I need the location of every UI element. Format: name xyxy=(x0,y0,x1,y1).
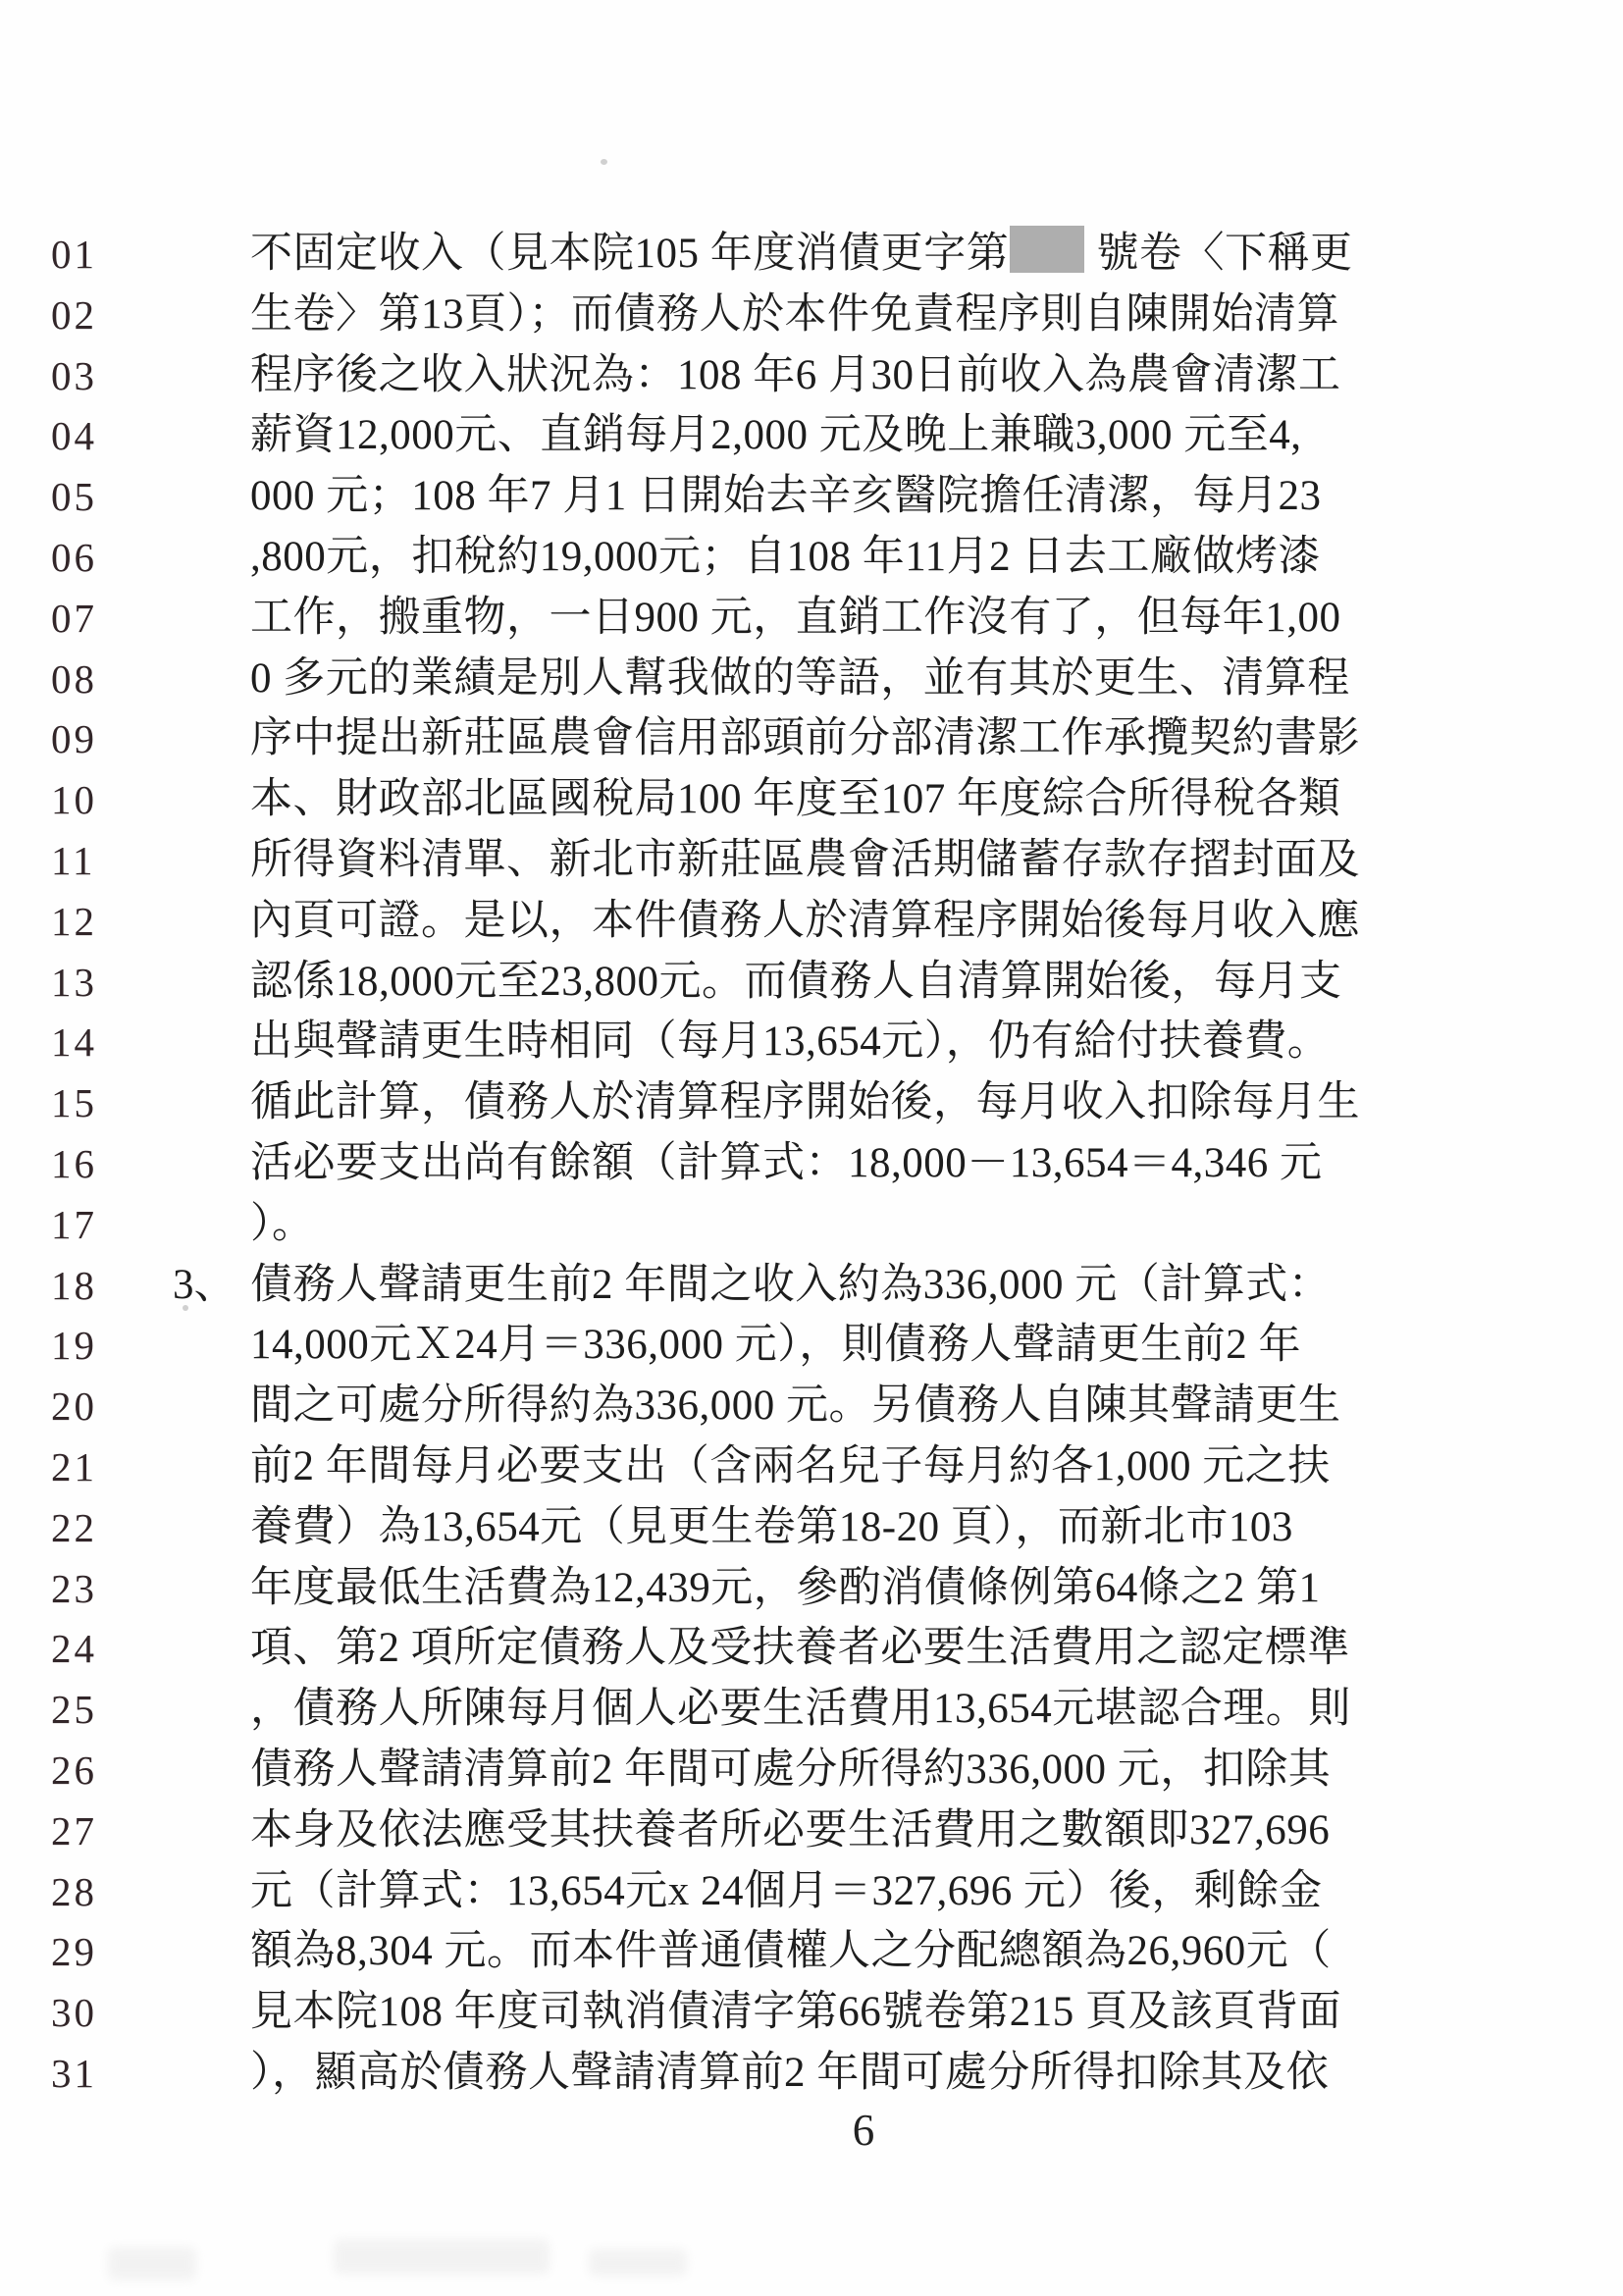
line-text: 前2 年間每月必要支出（含兩名兒子每月約各1,000 元之扶 xyxy=(250,1436,1331,1497)
redaction-box xyxy=(1010,226,1084,273)
line-number: 27 xyxy=(51,1800,97,1861)
text-line: 27 本身及依法應受其扶養者所必要生活費用之數額即327,696 xyxy=(0,1800,1623,1861)
line-text: 間之可處分所得約為336,000 元。另債務人自陳其聲請更生 xyxy=(250,1376,1341,1436)
text-line: 02 生卷〉第13頁）；而債務人於本件免責程序則自陳開始清算 xyxy=(0,285,1623,345)
text-line: 23 年度最低生活費為12,439元，參酌消債條例第64條之2 第1 xyxy=(0,1558,1623,1619)
line-text: ，債務人所陳每月個人必要生活費用13,654元堪認合理。則 xyxy=(250,1679,1351,1740)
line-text: 序中提出新莊區農會信用部頭前分部清潔工作承攬契約書影 xyxy=(250,708,1360,769)
line-text: 所得資料清單、新北市新莊區農會活期儲蓄存款存摺封面及 xyxy=(250,830,1360,891)
line-text: 項、第2 項所定債務人及受扶養者必要生活費用之認定標準 xyxy=(250,1618,1350,1679)
line-number: 20 xyxy=(51,1376,97,1436)
line-number: 03 xyxy=(51,345,97,406)
text-line: 22 養費）為13,654元（見更生卷第18-20 頁），而新北市103 xyxy=(0,1497,1623,1558)
line-text: 內頁可證。是以，本件債務人於清算程序開始後每月收入應 xyxy=(250,891,1360,952)
line-text: ），顯高於債務人聲請清算前2 年間可處分所得扣除其及依 xyxy=(250,2043,1329,2104)
text-line: 15 循此計算，債務人於清算程序開始後，每月收入扣除每月生 xyxy=(0,1072,1623,1133)
text-line: 09 序中提出新莊區農會信用部頭前分部清潔工作承攬契約書影 xyxy=(0,708,1623,769)
line-number: 02 xyxy=(51,285,97,345)
line-number: 24 xyxy=(51,1618,97,1679)
line-text: 薪資12,000元、直銷每月2,000 元及晚上兼職3,000 元至4, xyxy=(250,405,1302,466)
line-number: 19 xyxy=(51,1315,97,1376)
line-text: 不固定收入（見本院105 年度消債更字第 號卷〈下稱更 xyxy=(250,224,1353,285)
line-number: 14 xyxy=(51,1012,97,1072)
text-line: 16 活必要支出尚有餘額（計算式：18,000－13,654＝4,346 元 xyxy=(0,1133,1623,1194)
line-text: 活必要支出尚有餘額（計算式：18,000－13,654＝4,346 元 xyxy=(250,1133,1323,1194)
line-text: 本身及依法應受其扶養者所必要生活費用之數額即327,696 xyxy=(250,1800,1330,1861)
line-text: 元（計算式：13,654元x 24個月＝327,696 元）後，剩餘金 xyxy=(250,1861,1323,1922)
line-number: 18 xyxy=(51,1255,97,1316)
text-line: 18 3、 債務人聲請更生前2 年間之收入約為336,000 元（計算式： xyxy=(0,1255,1623,1316)
line-number: 17 xyxy=(51,1194,97,1255)
line-number: 11 xyxy=(51,830,95,891)
line-text: 工作，搬重物，一日900 元，直銷工作沒有了，但每年1,00 xyxy=(250,588,1341,649)
line-number: 26 xyxy=(51,1740,97,1800)
line-text-after-redaction: 號卷〈下稱更 xyxy=(1085,231,1352,277)
scan-speck xyxy=(601,159,607,165)
line-number: 23 xyxy=(51,1558,97,1619)
text-line: 19 14,000元Ｘ24月＝336,000 元），則債務人聲請更生前2 年 xyxy=(0,1315,1623,1376)
line-number: 01 xyxy=(51,224,97,285)
text-line: 05 000 元；108 年7 月1 日開始去辛亥醫院擔任清潔，每月23 xyxy=(0,466,1623,527)
line-text: 見本院108 年度司執消債清字第66號卷第215 頁及該頁背面 xyxy=(250,1982,1341,2043)
text-line: 25 ，債務人所陳每月個人必要生活費用13,654元堪認合理。則 xyxy=(0,1679,1623,1740)
line-text: 生卷〉第13頁）；而債務人於本件免責程序則自陳開始清算 xyxy=(250,285,1339,345)
scan-artifact xyxy=(589,2249,687,2276)
text-line: 04 薪資12,000元、直銷每月2,000 元及晚上兼職3,000 元至4, xyxy=(0,405,1623,466)
text-line: 28 元（計算式：13,654元x 24個月＝327,696 元）後，剩餘金 xyxy=(0,1861,1623,1922)
text-line: 01 不固定收入（見本院105 年度消債更字第 號卷〈下稱更 xyxy=(0,224,1623,285)
text-line: 24 項、第2 項所定債務人及受扶養者必要生活費用之認定標準 xyxy=(0,1618,1623,1679)
line-number: 04 xyxy=(51,405,97,466)
line-number: 29 xyxy=(51,1921,97,1982)
text-line: 11 所得資料清單、新北市新莊區農會活期儲蓄存款存摺封面及 xyxy=(0,830,1623,891)
text-line: 03 程序後之收入狀況為：108 年6 月30日前收入為農會清潔工 xyxy=(0,345,1623,406)
line-text: 出與聲請更生時相同（每月13,654元），仍有給付扶養費。 xyxy=(250,1012,1330,1072)
line-text-before-redaction: 不固定收入（見本院105 年度消債更字第 xyxy=(250,231,1009,277)
page-number: 6 xyxy=(824,2100,903,2161)
text-line: 13 認係18,000元至23,800元。而債務人自清算開始後，每月支 xyxy=(0,952,1623,1013)
line-number: 21 xyxy=(51,1436,97,1497)
line-number: 07 xyxy=(51,588,97,649)
line-number: 31 xyxy=(51,2043,97,2104)
text-line: 31 ），顯高於債務人聲請清算前2 年間可處分所得扣除其及依 xyxy=(0,2043,1623,2104)
scanned-court-document-page: 01 不固定收入（見本院105 年度消債更字第 號卷〈下稱更 02 生卷〉第13… xyxy=(0,0,1623,2296)
line-text: ,800元，扣稅約19,000元；自108 年11月2 日去工廠做烤漆 xyxy=(250,527,1321,588)
scan-speck xyxy=(183,1305,188,1311)
text-line: 08 0 多元的業績是別人幫我做的等語，並有其於更生、清算程 xyxy=(0,649,1623,709)
line-number: 10 xyxy=(51,769,97,830)
line-text: 認係18,000元至23,800元。而債務人自清算開始後，每月支 xyxy=(250,952,1342,1013)
line-number: 28 xyxy=(51,1861,97,1922)
line-number: 30 xyxy=(51,1982,97,2043)
line-text: 債務人聲請更生前2 年間之收入約為336,000 元（計算式： xyxy=(250,1255,1331,1316)
text-line: 30 見本院108 年度司執消債清字第66號卷第215 頁及該頁背面 xyxy=(0,1982,1623,2043)
line-text: 程序後之收入狀況為：108 年6 月30日前收入為農會清潔工 xyxy=(250,345,1341,406)
line-number: 13 xyxy=(51,952,97,1013)
line-text: 14,000元Ｘ24月＝336,000 元），則債務人聲請更生前2 年 xyxy=(250,1315,1301,1376)
text-line: 06 ,800元，扣稅約19,000元；自108 年11月2 日去工廠做烤漆 xyxy=(0,527,1623,588)
line-number: 22 xyxy=(51,1497,97,1558)
line-text: 000 元；108 年7 月1 日開始去辛亥醫院擔任清潔，每月23 xyxy=(250,466,1322,527)
line-text: ）。 xyxy=(250,1194,315,1255)
line-text: 年度最低生活費為12,439元，參酌消債條例第64條之2 第1 xyxy=(250,1558,1321,1619)
text-line: 14 出與聲請更生時相同（每月13,654元），仍有給付扶養費。 xyxy=(0,1012,1623,1072)
text-line: 17 ）。 xyxy=(0,1194,1623,1255)
scan-artifact xyxy=(108,2247,196,2280)
text-line: 10 本、財政部北區國稅局100 年度至107 年度綜合所得稅各類 xyxy=(0,769,1623,830)
text-line: 20 間之可處分所得約為336,000 元。另債務人自陳其聲請更生 xyxy=(0,1376,1623,1436)
line-number: 09 xyxy=(51,708,97,769)
line-number: 08 xyxy=(51,649,97,709)
line-text: 債務人聲請清算前2 年間可處分所得約336,000 元，扣除其 xyxy=(250,1740,1331,1800)
text-line: 26 債務人聲請清算前2 年間可處分所得約336,000 元，扣除其 xyxy=(0,1740,1623,1800)
line-number: 25 xyxy=(51,1679,97,1740)
line-number: 16 xyxy=(51,1133,97,1194)
line-number: 05 xyxy=(51,466,97,527)
line-number: 15 xyxy=(51,1072,97,1133)
line-text: 額為8,304 元。而本件普通債權人之分配總額為26,960元（ xyxy=(250,1921,1332,1982)
line-text: 循此計算，債務人於清算程序開始後，每月收入扣除每月生 xyxy=(250,1072,1360,1133)
text-line: 29 額為8,304 元。而本件普通債權人之分配總額為26,960元（ xyxy=(0,1921,1623,1982)
line-number: 06 xyxy=(51,527,97,588)
line-text: 養費）為13,654元（見更生卷第18-20 頁），而新北市103 xyxy=(250,1497,1293,1558)
text-line: 12 內頁可證。是以，本件債務人於清算程序開始後每月收入應 xyxy=(0,891,1623,952)
scan-artifact xyxy=(334,2239,550,2274)
line-text: 0 多元的業績是別人幫我做的等語，並有其於更生、清算程 xyxy=(250,649,1350,709)
text-line: 07 工作，搬重物，一日900 元，直銷工作沒有了，但每年1,00 xyxy=(0,588,1623,649)
line-text: 本、財政部北區國稅局100 年度至107 年度綜合所得稅各類 xyxy=(250,769,1341,830)
text-line: 21 前2 年間每月必要支出（含兩名兒子每月約各1,000 元之扶 xyxy=(0,1436,1623,1497)
line-number: 12 xyxy=(51,891,97,952)
